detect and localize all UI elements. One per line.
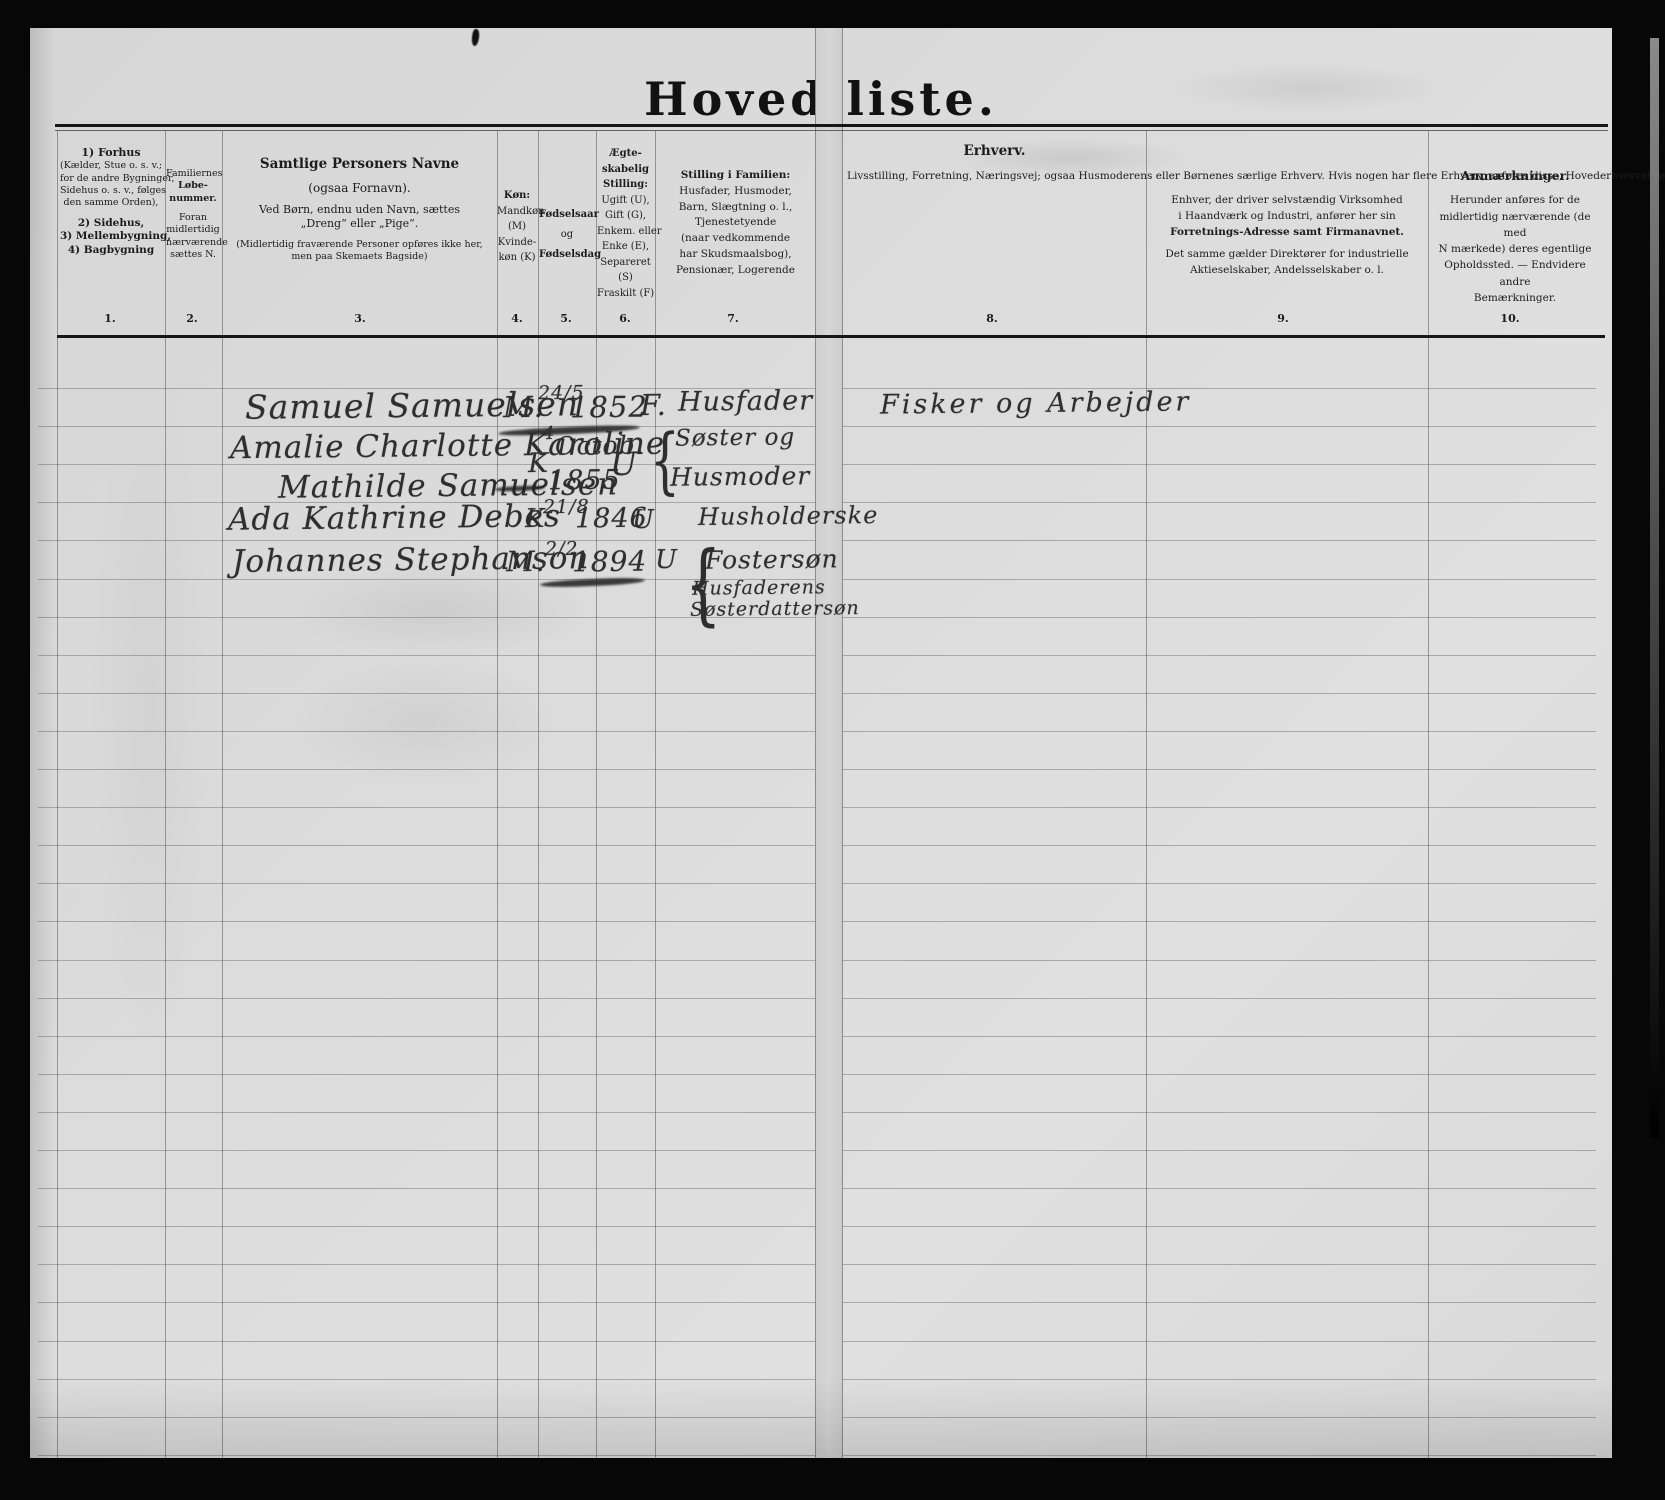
header-line: Køn:	[497, 188, 537, 204]
header-col-occupation: Erhverv. Livsstilling, Forretning, Nærin…	[847, 143, 1142, 184]
entry-2-birth-day: 4	[543, 423, 556, 444]
header-col-marital-status: Ægte-skabeligStilling:Ugift (U),Gift (G)…	[597, 146, 654, 301]
entry-4-marital-status: U	[655, 545, 678, 575]
entry-3-name: Ada Kathrine Debes	[228, 498, 561, 537]
header-line: Løbe-	[166, 180, 220, 192]
header-line: har Skudsmaalsbog),	[657, 247, 814, 263]
adjacent-page-edge	[1650, 38, 1659, 1138]
header-line: sættes N.	[166, 249, 220, 261]
header-col-family-position: Stilling i Familien:Husfader, Husmoder,B…	[657, 168, 814, 278]
column-number: 8.	[962, 312, 1022, 325]
header-line: Fraskilt (F)	[597, 286, 654, 302]
column-divider	[538, 131, 539, 1458]
header-line: 2) Sidehus,	[60, 217, 162, 231]
header-line: for de andre Bygninger,	[60, 173, 162, 185]
header-line: 3) Mellembygning,	[60, 230, 162, 244]
column-number: 6.	[595, 312, 655, 325]
column-number: 2.	[162, 312, 222, 325]
header-line: og	[539, 228, 595, 241]
column-number: 7.	[703, 312, 763, 325]
header-line: Enke (E),	[597, 239, 654, 255]
header-line: 1) Forhus	[60, 146, 162, 160]
header-line: Opholdssted. — Endvidere andre	[1432, 257, 1598, 290]
header-line: Pensionær, Logerende	[657, 263, 814, 279]
header-line: Fødselsaar	[539, 208, 595, 221]
entry-1-family-position: Husfader	[678, 385, 813, 417]
entry-4-birth-year: 1894	[572, 545, 648, 579]
entry-3-family-position: Husholderske	[698, 501, 879, 531]
header-line: den samme Orden),	[60, 197, 162, 209]
column-divider	[165, 131, 166, 1458]
header-line: Ægte-	[597, 146, 654, 162]
header-line: Mandkøn	[497, 204, 537, 220]
entry-4-family-position-line2: Husfaderens	[692, 576, 826, 599]
header-line: i Haandværk og Industri, anfører her sin	[1150, 209, 1424, 225]
header-line: Foran	[166, 212, 220, 224]
header-line: Tjenestetyende	[657, 215, 814, 231]
column-divider	[222, 131, 223, 1458]
ink-mark	[471, 29, 480, 47]
header-line: Enhver, der driver selvstændig Virksomhe…	[1150, 193, 1424, 209]
header-line: 4) Bagbygning	[60, 244, 162, 258]
header-line: (M)	[497, 219, 537, 235]
page-fold	[815, 28, 843, 1458]
column-number: 5.	[536, 312, 596, 325]
header-line: Bemærkninger.	[1432, 290, 1598, 306]
column-number: 1.	[80, 312, 140, 325]
entry-4-sex: M.	[506, 545, 546, 578]
column-number: 3.	[330, 312, 390, 325]
header-line: midlertidig nærværende (de med	[1432, 209, 1598, 242]
header-line: Sidehus o. s. v., følges	[60, 185, 162, 197]
header-line: Herunder anføres for de	[1432, 192, 1598, 208]
header-line: (Kælder, Stue o. s. v.;	[60, 160, 162, 172]
entry-1-marital-status: F.	[640, 388, 667, 422]
header-line: Fødselsdag	[539, 248, 595, 261]
header-line: (S)	[597, 270, 654, 286]
header-line: Ugift (U),	[597, 193, 654, 209]
header-bottom-rule	[57, 335, 1605, 338]
entry-1-occupation: Fisker og Arbejder	[880, 386, 1192, 420]
header-line: skabelig	[597, 162, 654, 178]
column-number: 9.	[1253, 312, 1313, 325]
header-col-remarks: Anmærkninger. Herunder anføres for demid…	[1432, 168, 1598, 306]
header-col-occupation-title: Erhverv.	[847, 143, 1142, 161]
column-divider	[596, 131, 597, 1458]
header-line: N mærkede) deres egentlige	[1432, 241, 1598, 257]
header-line: køn (K)	[497, 250, 537, 266]
header-line: Familiernes	[166, 168, 220, 180]
entry-2-sex: K	[528, 448, 549, 479]
title-rule-thick	[55, 124, 1608, 127]
header-line: (Midlertidig fraværende Personer opføres…	[224, 239, 495, 251]
column-divider	[57, 131, 58, 1458]
header-col-occupation-body: Livsstilling, Forretning, Næringsvej; og…	[847, 169, 1142, 184]
header-col-sex: Køn:Mandkøn(M)Kvinde-køn (K)	[497, 188, 537, 266]
header-col-family-number: FamiliernesLøbe-nummer.Foranmidlertidign…	[166, 168, 220, 261]
header-line: Aktieselskaber, Andelsselskaber o. l.	[1150, 263, 1424, 279]
header-line: Separeret	[597, 255, 654, 271]
header-line: Det samme gælder Direktører for industri…	[1150, 247, 1424, 263]
entry-2-family-position-line1: Søster og	[675, 424, 795, 451]
header-line: Samtlige Personers Navne	[224, 156, 495, 174]
column-divider	[655, 131, 656, 1458]
header-col-business-address: Enhver, der driver selvstændig Virksomhe…	[1150, 193, 1424, 279]
header-col-names: Samtlige Personers Navne(ogsaa Fornavn).…	[224, 156, 495, 263]
entry-2-marital-status: U	[610, 445, 638, 483]
stain	[90, 358, 210, 1058]
header-line: Enkem. eller	[597, 224, 654, 240]
census-form-page: Hoved liste. 1) Forhus(Kælder, Stue o. s…	[30, 28, 1612, 1458]
title-rule-thin	[55, 130, 1608, 131]
header-col-remarks-body: Herunder anføres for demidlertidig nærvæ…	[1432, 192, 1598, 306]
column-divider	[497, 131, 498, 1458]
header-line: Gift (G),	[597, 208, 654, 224]
entry-2-family-position-line2: Husmoder	[670, 461, 811, 491]
header-line: Stilling i Familien:	[657, 168, 814, 184]
header-line: Husfader, Husmoder,	[657, 184, 814, 200]
column-number: 10.	[1480, 312, 1540, 325]
header-line: (naar vedkommende	[657, 231, 814, 247]
header-line: men paa Skemaets Bagside)	[224, 251, 495, 263]
header-line: „Dreng“ eller „Pige“.	[224, 217, 495, 231]
entry-4-family-position-line1: Fostersøn	[705, 544, 839, 574]
entry-3-marital-status: U	[632, 505, 655, 535]
header-line: Kvinde-	[497, 235, 537, 251]
header-col-buildings: 1) Forhus(Kælder, Stue o. s. v.;for de a…	[60, 146, 162, 258]
header-line: nummer.	[166, 193, 220, 205]
header-line: Forretnings-Adresse samt Firmanavnet.	[1150, 225, 1424, 241]
header-line: midlertidig	[166, 224, 220, 236]
header-line: (ogsaa Fornavn).	[224, 181, 495, 197]
entry-1-birth-year: 1852	[570, 390, 648, 425]
header-line: Barn, Slægtning o. l.,	[657, 200, 814, 216]
column-divider	[1428, 131, 1429, 1458]
header-line: nærværende	[166, 237, 220, 249]
column-divider	[1146, 131, 1147, 1458]
entry-4-family-position-line3: Søsterdattersøn	[690, 597, 860, 621]
header-col-remarks-title: Anmærkninger.	[1432, 168, 1598, 184]
left-shade	[30, 28, 56, 1458]
header-line: Stilling:	[597, 177, 654, 193]
header-col-birthdate: FødselsaarogFødselsdag	[539, 208, 595, 261]
header-line: Ved Børn, endnu uden Navn, sættes	[224, 203, 495, 217]
